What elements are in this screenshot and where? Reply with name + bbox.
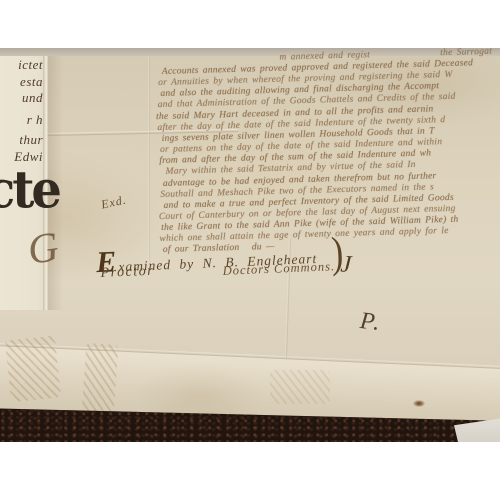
parchment-stitch-marks (82, 343, 119, 415)
ink-monogram: P. (359, 309, 383, 335)
signature-block: Examined by N. B. Engleheart ) Proctor D… (0, 48, 496, 172)
ink-stain-spot (413, 400, 425, 407)
parchment-stitch-marks (270, 370, 330, 404)
proctor-label: Proctor (100, 265, 154, 281)
document-photo: ictet esta und r h thur Edwi cte G m ann… (0, 48, 500, 442)
signature-flourish: J (340, 252, 352, 277)
parchment-stitch-marks (5, 336, 61, 403)
